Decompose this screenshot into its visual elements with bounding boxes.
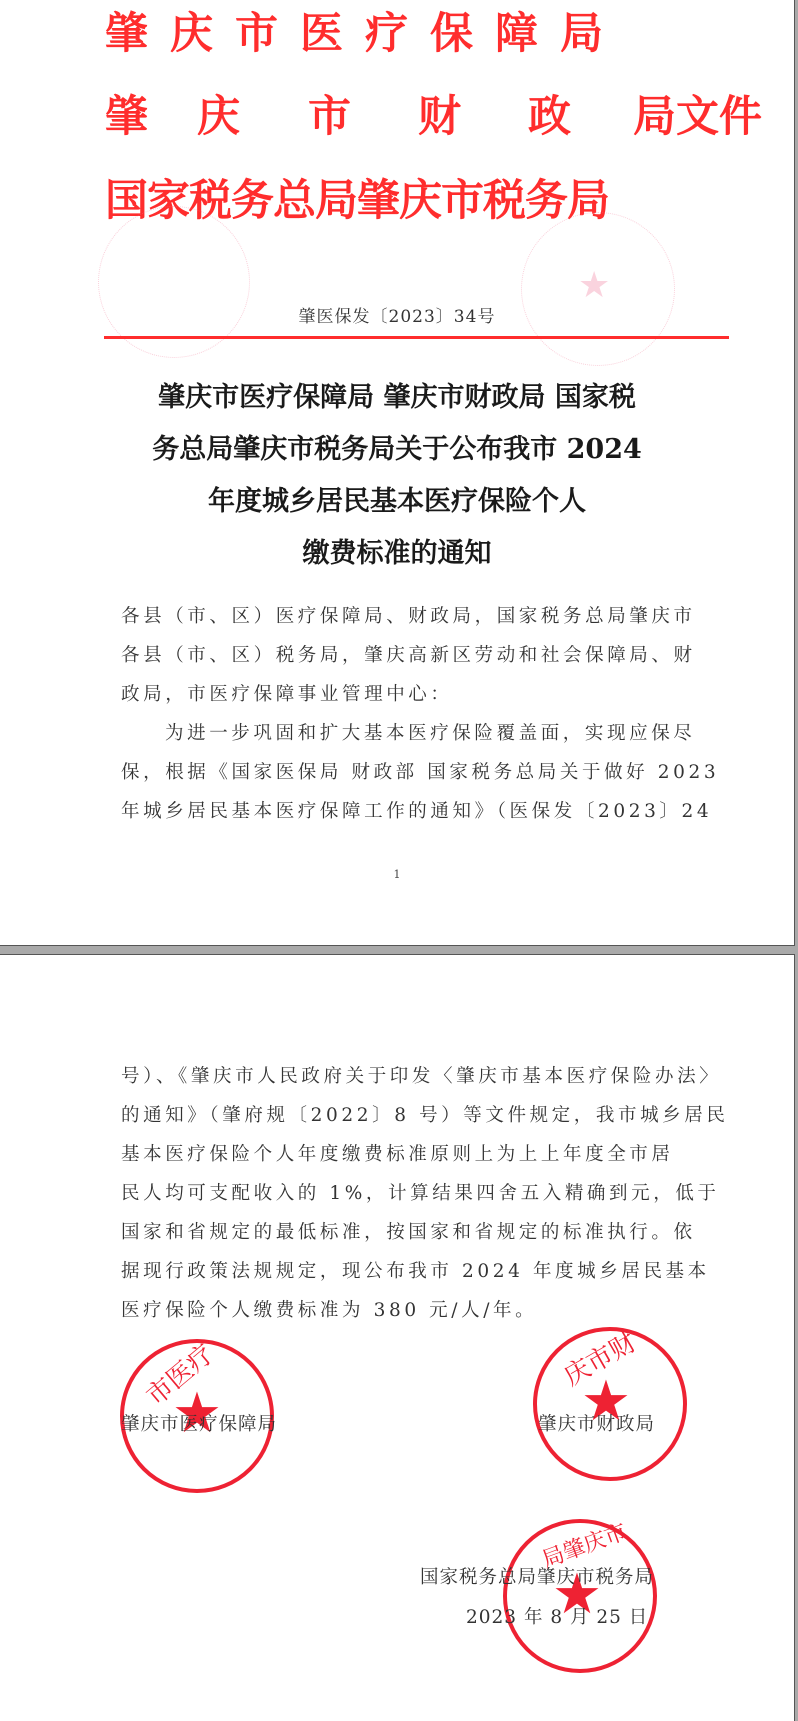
page-number: 1 [0,868,794,881]
text-line: 各县（市、区）税务局，肇庆高新区劳动和社会保障局、财 [121,636,681,675]
signature-medical-bureau: 肇庆市医疗保障局 [121,1410,277,1436]
header-char: 政 [528,92,571,142]
title-line: 年度城乡居民基本医疗保险个人 [0,476,794,528]
header-char: 庆 [197,92,240,142]
text-line: 民人均可支配收入的 1%，计算结果四舍五入精确到元，低于 [121,1174,681,1213]
header-char: 肇 [105,92,148,142]
document-page-1: 肇庆市医疗保障局 肇 庆 市 财 政 局文件 国家税务总局肇庆市税务局 ★ 肇医… [0,0,795,946]
issue-date: 2023 年 8 月 25 日 [466,1603,648,1629]
faint-star-icon: ★ [578,268,610,304]
text-line: 据现行政策法规规定，现公布我市 2024 年度城乡居民基本 [121,1252,681,1291]
red-divider-line [104,336,729,339]
text-line: 基本医疗保险个人年度缴费标准原则上为上上年度全市居 [121,1135,681,1174]
recipients-block: 各县（市、区）医疗保障局、财政局，国家税务总局肇庆市 各县（市、区）税务局，肇庆… [121,597,681,831]
header-issuer-medical-bureau: 肇庆市医疗保障局 [105,9,625,59]
text-line: 保，根据《国家医保局 财政部 国家税务总局关于做好 2023 [121,753,681,792]
body-paragraph: 号）、《肇庆市人民政府关于印发〈肇庆市基本医疗保险办法〉 的通知》（肇府规〔20… [121,1057,681,1330]
title-line: 肇庆市医疗保障局 肇庆市财政局 国家税 [0,372,794,424]
header-char: 市 [308,92,351,142]
signature-finance-bureau: 肇庆市财政局 [538,1410,655,1436]
header-char: 局文件 [633,92,762,142]
text-line: 医疗保险个人缴费标准为 380 元/人/年。 [121,1291,681,1330]
document-number: 肇医保发〔2023〕34号 [0,302,794,327]
text-line: 的通知》（肇府规〔2022〕8 号）等文件规定，我市城乡居民 [121,1096,681,1135]
title-line: 务总局肇庆市税务局关于公布我市 2024 [0,424,794,476]
document-title: 肇庆市医疗保障局 肇庆市财政局 国家税 务总局肇庆市税务局关于公布我市 2024… [0,372,794,580]
text-line: 年城乡居民基本医疗保障工作的通知》（医保发〔2023〕24 [121,792,681,831]
text-line: 国家和省规定的最低标准，按国家和省规定的标准执行。依 [121,1213,681,1252]
text-line: 各县（市、区）医疗保障局、财政局，国家税务总局肇庆市 [121,597,681,636]
text-line: 号）、《肇庆市人民政府关于印发〈肇庆市基本医疗保险办法〉 [121,1057,681,1096]
text-line: 政局，市医疗保障事业管理中心： [121,675,681,714]
document-page-2: 号）、《肇庆市人民政府关于印发〈肇庆市基本医疗保险办法〉 的通知》（肇府规〔20… [0,954,795,1721]
header-char: 财 [418,92,461,142]
signature-tax-bureau: 国家税务总局肇庆市税务局 [420,1563,654,1589]
text-line: 为进一步巩固和扩大基本医疗保险覆盖面，实现应保尽 [121,714,681,753]
title-line: 缴费标准的通知 [0,528,794,580]
